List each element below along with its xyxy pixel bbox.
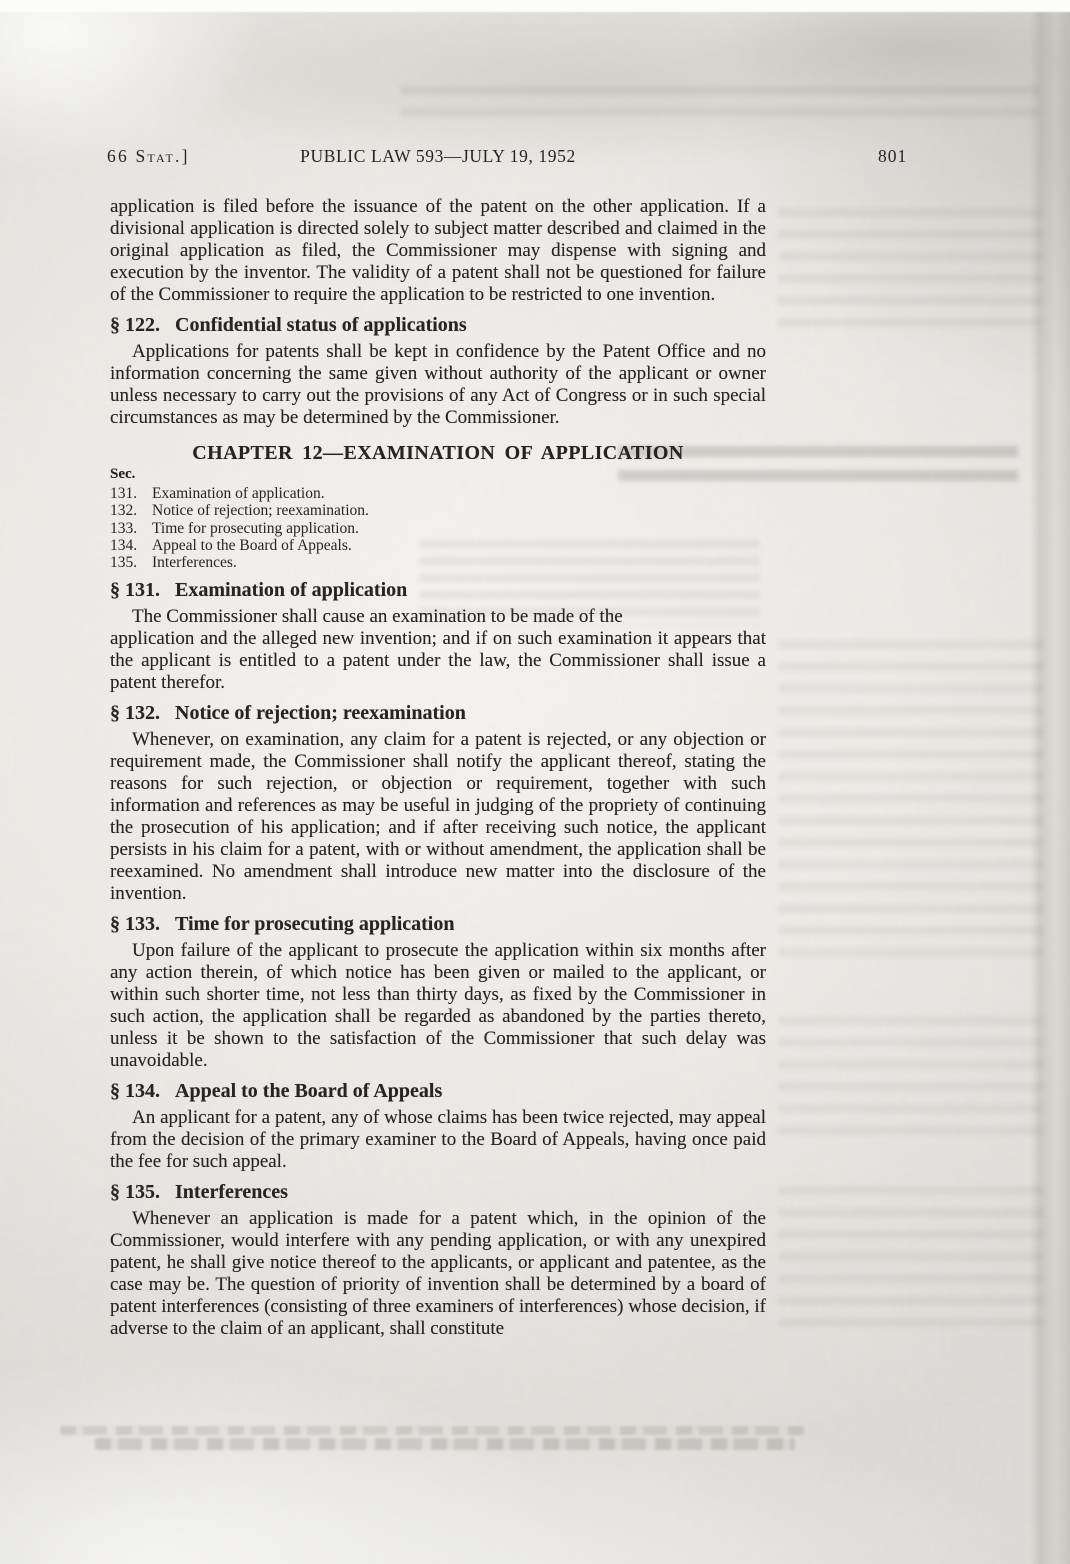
section-133-body: Upon failure of the applicant to prosecu…: [110, 940, 766, 1072]
section-heading-133: § 133.Time for prosecuting application: [110, 913, 766, 936]
toc-row: 134. Appeal to the Board of Appeals.: [110, 537, 766, 554]
showthrough-mirrored-line-1: [60, 1426, 805, 1435]
section-number: § 133.: [110, 913, 160, 935]
toc-row: 133. Time for prosecuting application.: [110, 520, 766, 537]
section-heading-134: § 134.Appeal to the Board of Appeals: [110, 1080, 766, 1103]
section-132-body: Whenever, on examination, any claim for …: [110, 729, 766, 905]
section-135-body: Whenever an application is made for a pa…: [110, 1208, 766, 1340]
showthrough-smudge-top: [400, 86, 1040, 116]
running-head: 66 Stat.] PUBLIC LAW 593—JULY 19, 1952 8…: [110, 146, 766, 170]
showthrough-smudge-right-2: [778, 640, 1044, 970]
section-number: § 135.: [110, 1181, 160, 1203]
toc-number: 134.: [110, 537, 152, 554]
section-122-body: Applications for patents shall be kept i…: [110, 341, 766, 429]
toc-title: Time for prosecuting application.: [152, 520, 359, 537]
section-heading-132: § 132.Notice of rejection; reexamination: [110, 702, 766, 725]
toc-number: 131.: [110, 485, 152, 502]
section-title: Time for prosecuting application: [175, 913, 454, 935]
text-column: 66 Stat.] PUBLIC LAW 593—JULY 19, 1952 8…: [110, 146, 766, 1340]
toc-row: 132. Notice of rejection; reexamination.: [110, 502, 766, 519]
toc-number: 135.: [110, 554, 152, 571]
law-title: PUBLIC LAW 593—JULY 19, 1952: [110, 146, 766, 167]
scanned-statute-page: 66 Stat.] PUBLIC LAW 593—JULY 19, 1952 8…: [0, 0, 1070, 1564]
section-number: § 134.: [110, 1080, 160, 1102]
toc-title: Examination of application.: [152, 485, 325, 502]
chapter-toc: 131. Examination of application. 132. No…: [110, 485, 766, 571]
section-heading-135: § 135.Interferences: [110, 1181, 766, 1204]
section-131-body-line1: The Commissioner shall cause an examinat…: [110, 606, 766, 628]
section-title: Appeal to the Board of Appeals: [175, 1080, 442, 1102]
section-number: § 132.: [110, 702, 160, 724]
page-number: 801: [878, 146, 938, 167]
showthrough-mirrored-line-2: [95, 1438, 795, 1450]
showthrough-smudge-right-4: [778, 1186, 1044, 1336]
toc-row: 135. Interferences.: [110, 554, 766, 571]
toc-title: Appeal to the Board of Appeals.: [152, 537, 352, 554]
toc-sec-label: Sec.: [110, 466, 766, 483]
chapter-heading: CHAPTER 12—EXAMINATION OF APPLICATION: [110, 441, 766, 465]
section-131-body-continued: application and the alleged new inventio…: [110, 628, 766, 694]
section-title: Confidential status of applications: [175, 314, 467, 336]
section-134-body: An applicant for a patent, any of whose …: [110, 1107, 766, 1173]
toc-row: 131. Examination of application.: [110, 485, 766, 502]
intro-paragraph: application is filed before the issuance…: [110, 196, 766, 306]
toc-number: 132.: [110, 502, 152, 519]
showthrough-smudge-right-1: [778, 208, 1042, 330]
section-heading-122: § 122.Confidential status of application…: [110, 314, 766, 337]
toc-number: 133.: [110, 520, 152, 537]
showthrough-smudge-right-3: [778, 1016, 1044, 1136]
toc-title: Notice of rejection; reexamination.: [152, 502, 369, 519]
section-heading-131: § 131.Examination of application: [110, 579, 766, 602]
section-title: Interferences: [175, 1181, 288, 1203]
toc-title: Interferences.: [152, 554, 237, 571]
section-title: Examination of application: [175, 579, 407, 601]
section-number: § 131.: [110, 579, 160, 601]
section-title: Notice of rejection; reexamination: [175, 702, 466, 724]
section-number: § 122.: [110, 314, 160, 336]
